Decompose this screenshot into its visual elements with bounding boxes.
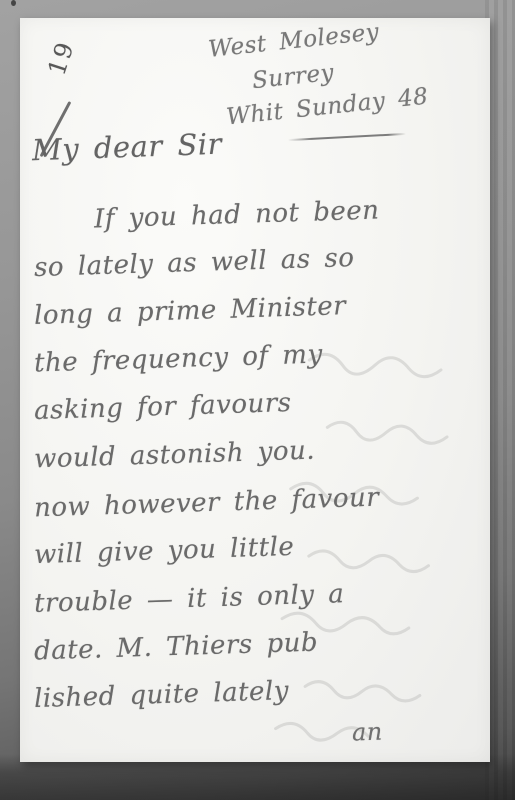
letter-page: 19 West Molesey Surrey Whit Sunday 48 My… — [20, 18, 490, 762]
margin-number: 19 — [43, 37, 80, 79]
salutation: My dear Sir — [31, 127, 222, 168]
heading-county: Surrey — [251, 60, 335, 94]
photo-artifact-speck — [11, 0, 16, 6]
photograph-of-letter: 19 West Molesey Surrey Whit Sunday 48 My… — [0, 0, 515, 800]
body-line: asking for favours — [34, 388, 292, 426]
body-line: would astonish you. — [34, 436, 316, 475]
body-line: the frequency of my — [34, 339, 324, 378]
body-line: If you had not been — [94, 196, 380, 235]
date-underline-flourish — [288, 133, 406, 141]
body-line: lished quite lately — [34, 676, 290, 714]
body-line: so lately as well as so — [34, 243, 355, 283]
body-line: long a prime Minister — [34, 291, 347, 331]
body-line: will give you little — [34, 532, 295, 570]
heading-place: West Molesey — [207, 19, 380, 63]
catchword: an — [352, 718, 384, 747]
